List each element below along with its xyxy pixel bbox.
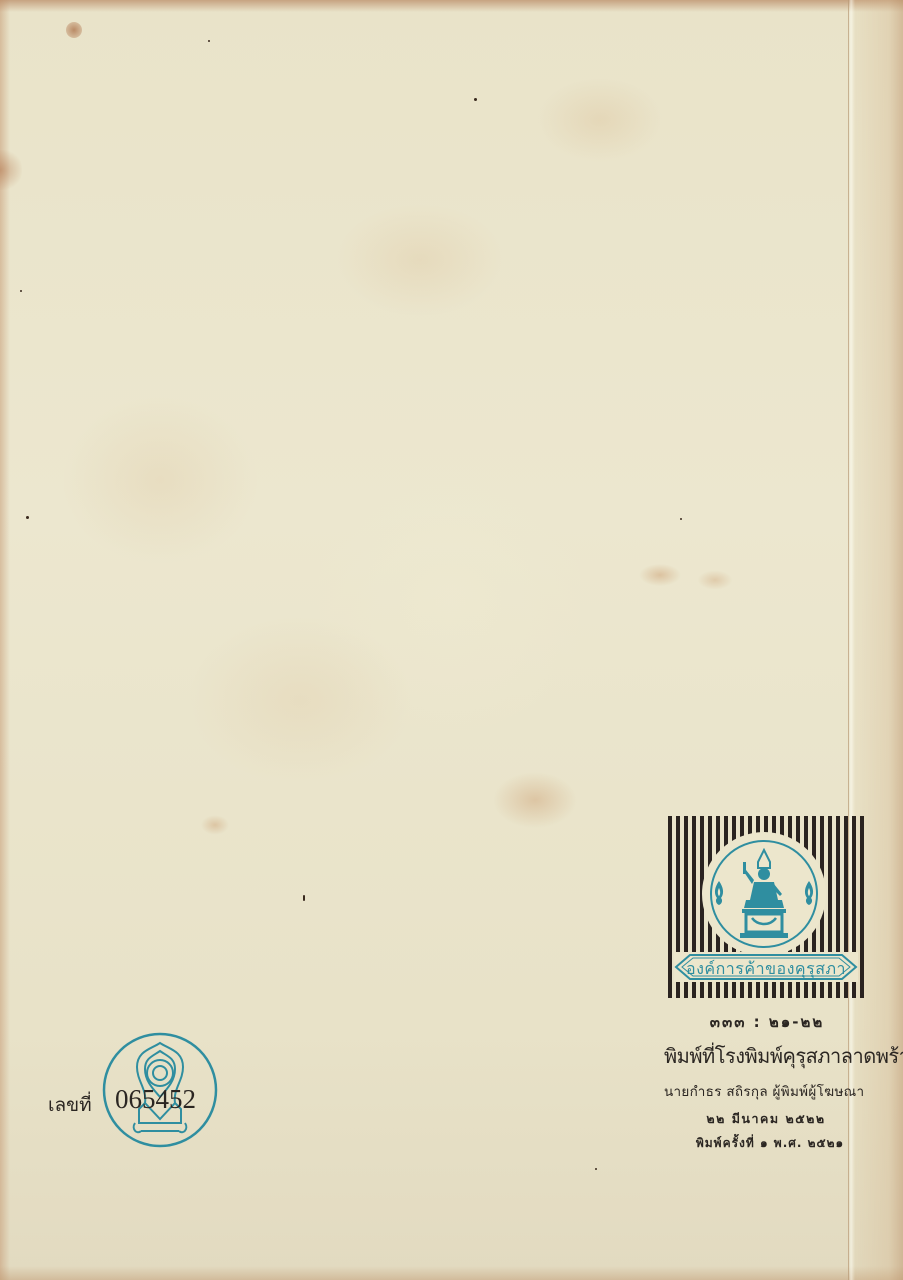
- worn-top-edge: [0, 0, 903, 12]
- publisher-line: นายกำธร สถิรกุล ผู้พิมพ์ผู้โฆษณา: [664, 1080, 884, 1102]
- edge-tear: [0, 150, 22, 190]
- speck: [26, 516, 29, 519]
- printer-name: พิมพ์ที่โรงพิมพ์คุรุสภาลาดพร้าว: [664, 1040, 884, 1072]
- speck: [595, 1168, 597, 1170]
- speck: [680, 518, 682, 520]
- speck: [474, 98, 477, 101]
- book-back-cover: องค์การค้าของคุรุสภา ๓๓๓ : ๒๑-๒๒ พิมพ์ที…: [0, 0, 903, 1280]
- stain-spot: [66, 22, 82, 38]
- worn-bottom-edge: [0, 1266, 903, 1280]
- flame-ornament-icon: [802, 880, 816, 906]
- edition-line: พิมพ์ครั้งที่ ๑ พ.ศ. ๒๕๒๑: [656, 1134, 884, 1153]
- imprint-block: ๓๓๓ : ๒๑-๒๒ พิมพ์ที่โรงพิมพ์คุรุสภาลาดพร…: [664, 1010, 884, 1153]
- serial-number: 065452: [115, 1084, 196, 1115]
- publisher-medallion: [708, 838, 820, 950]
- speck: [20, 290, 22, 292]
- flame-ornament-icon: [712, 880, 726, 906]
- serial-label: เลขที่: [48, 1090, 92, 1120]
- publisher-banner: องค์การค้าของคุรุสภา: [674, 952, 858, 982]
- catalog-code: ๓๓๓ : ๒๑-๒๒: [650, 1010, 884, 1034]
- publisher-logo: องค์การค้าของคุรุสภา: [668, 816, 864, 998]
- speck: [303, 895, 305, 901]
- publisher-name: องค์การค้าของคุรุสภา: [674, 957, 858, 982]
- worn-left-edge: [0, 0, 10, 1280]
- print-date: ๒๒ มีนาคม ๒๕๒๒: [648, 1109, 884, 1129]
- speck: [208, 40, 210, 42]
- seated-deity-emblem-icon: [732, 848, 796, 940]
